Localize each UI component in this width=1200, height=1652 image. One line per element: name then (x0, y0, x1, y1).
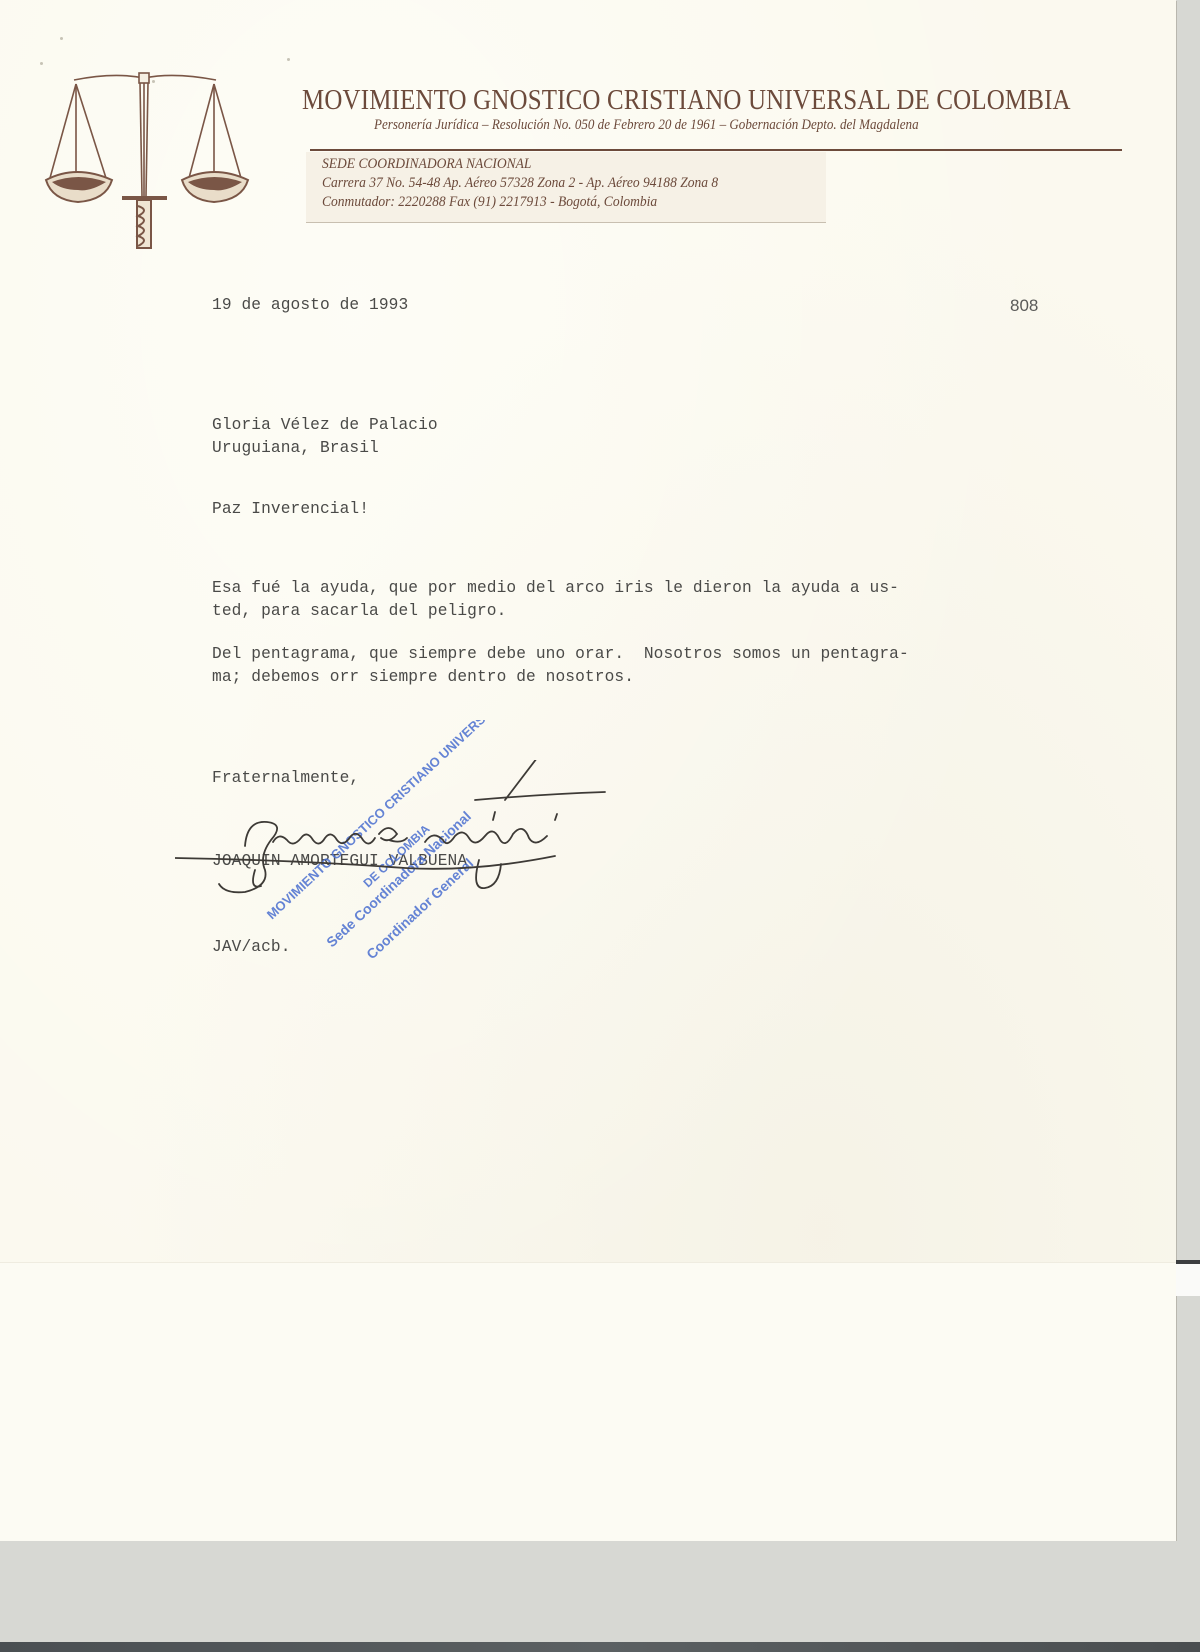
scan-edge-white (1176, 1264, 1200, 1296)
paragraph-1-line-2: ted, para sacarla del peligro. (212, 602, 506, 620)
handwritten-signature (175, 760, 615, 920)
paragraph-1-line-1: Esa fué la ayuda, que por medio del arco… (212, 579, 899, 597)
recipient-name: Gloria Vélez de Palacio (212, 416, 438, 434)
paragraph-2-line-2: ma; debemos orr siempre dentro de nosotr… (212, 668, 634, 686)
office-contact: Conmutador: 2220288 Fax (91) 2217913 - B… (322, 194, 657, 211)
office-address-block: SEDE COORDINADORA NACIONAL Carrera 37 No… (306, 152, 826, 223)
salutation: Paz Inverencial! (212, 500, 369, 518)
letter-date: 19 de agosto de 1993 (212, 296, 408, 314)
office-address: Carrera 37 No. 54-48 Ap. Aéreo 57328 Zon… (322, 175, 718, 192)
paragraph-2-line-1: Del pentagrama, que siempre debe uno ora… (212, 645, 909, 663)
recipient-location: Uruguiana, Brasil (212, 439, 379, 457)
scales-and-sword-icon (44, 68, 259, 268)
paper-lower-fold (0, 1262, 1176, 1541)
legal-registration-line: Personería Jurídica – Resolución No. 050… (374, 117, 919, 134)
office-title: SEDE COORDINADORA NACIONAL (322, 156, 531, 173)
organization-name: MOVIMIENTO GNOSTICO CRISTIANO UNIVERSAL … (302, 84, 1007, 117)
letterhead-divider (310, 149, 1122, 151)
letter-page: MOVIMIENTO GNOSTICO CRISTIANO UNIVERSAL … (0, 0, 1176, 1540)
reference-number: 808 (1010, 296, 1038, 316)
scanner-bottom-edge (0, 1642, 1200, 1652)
